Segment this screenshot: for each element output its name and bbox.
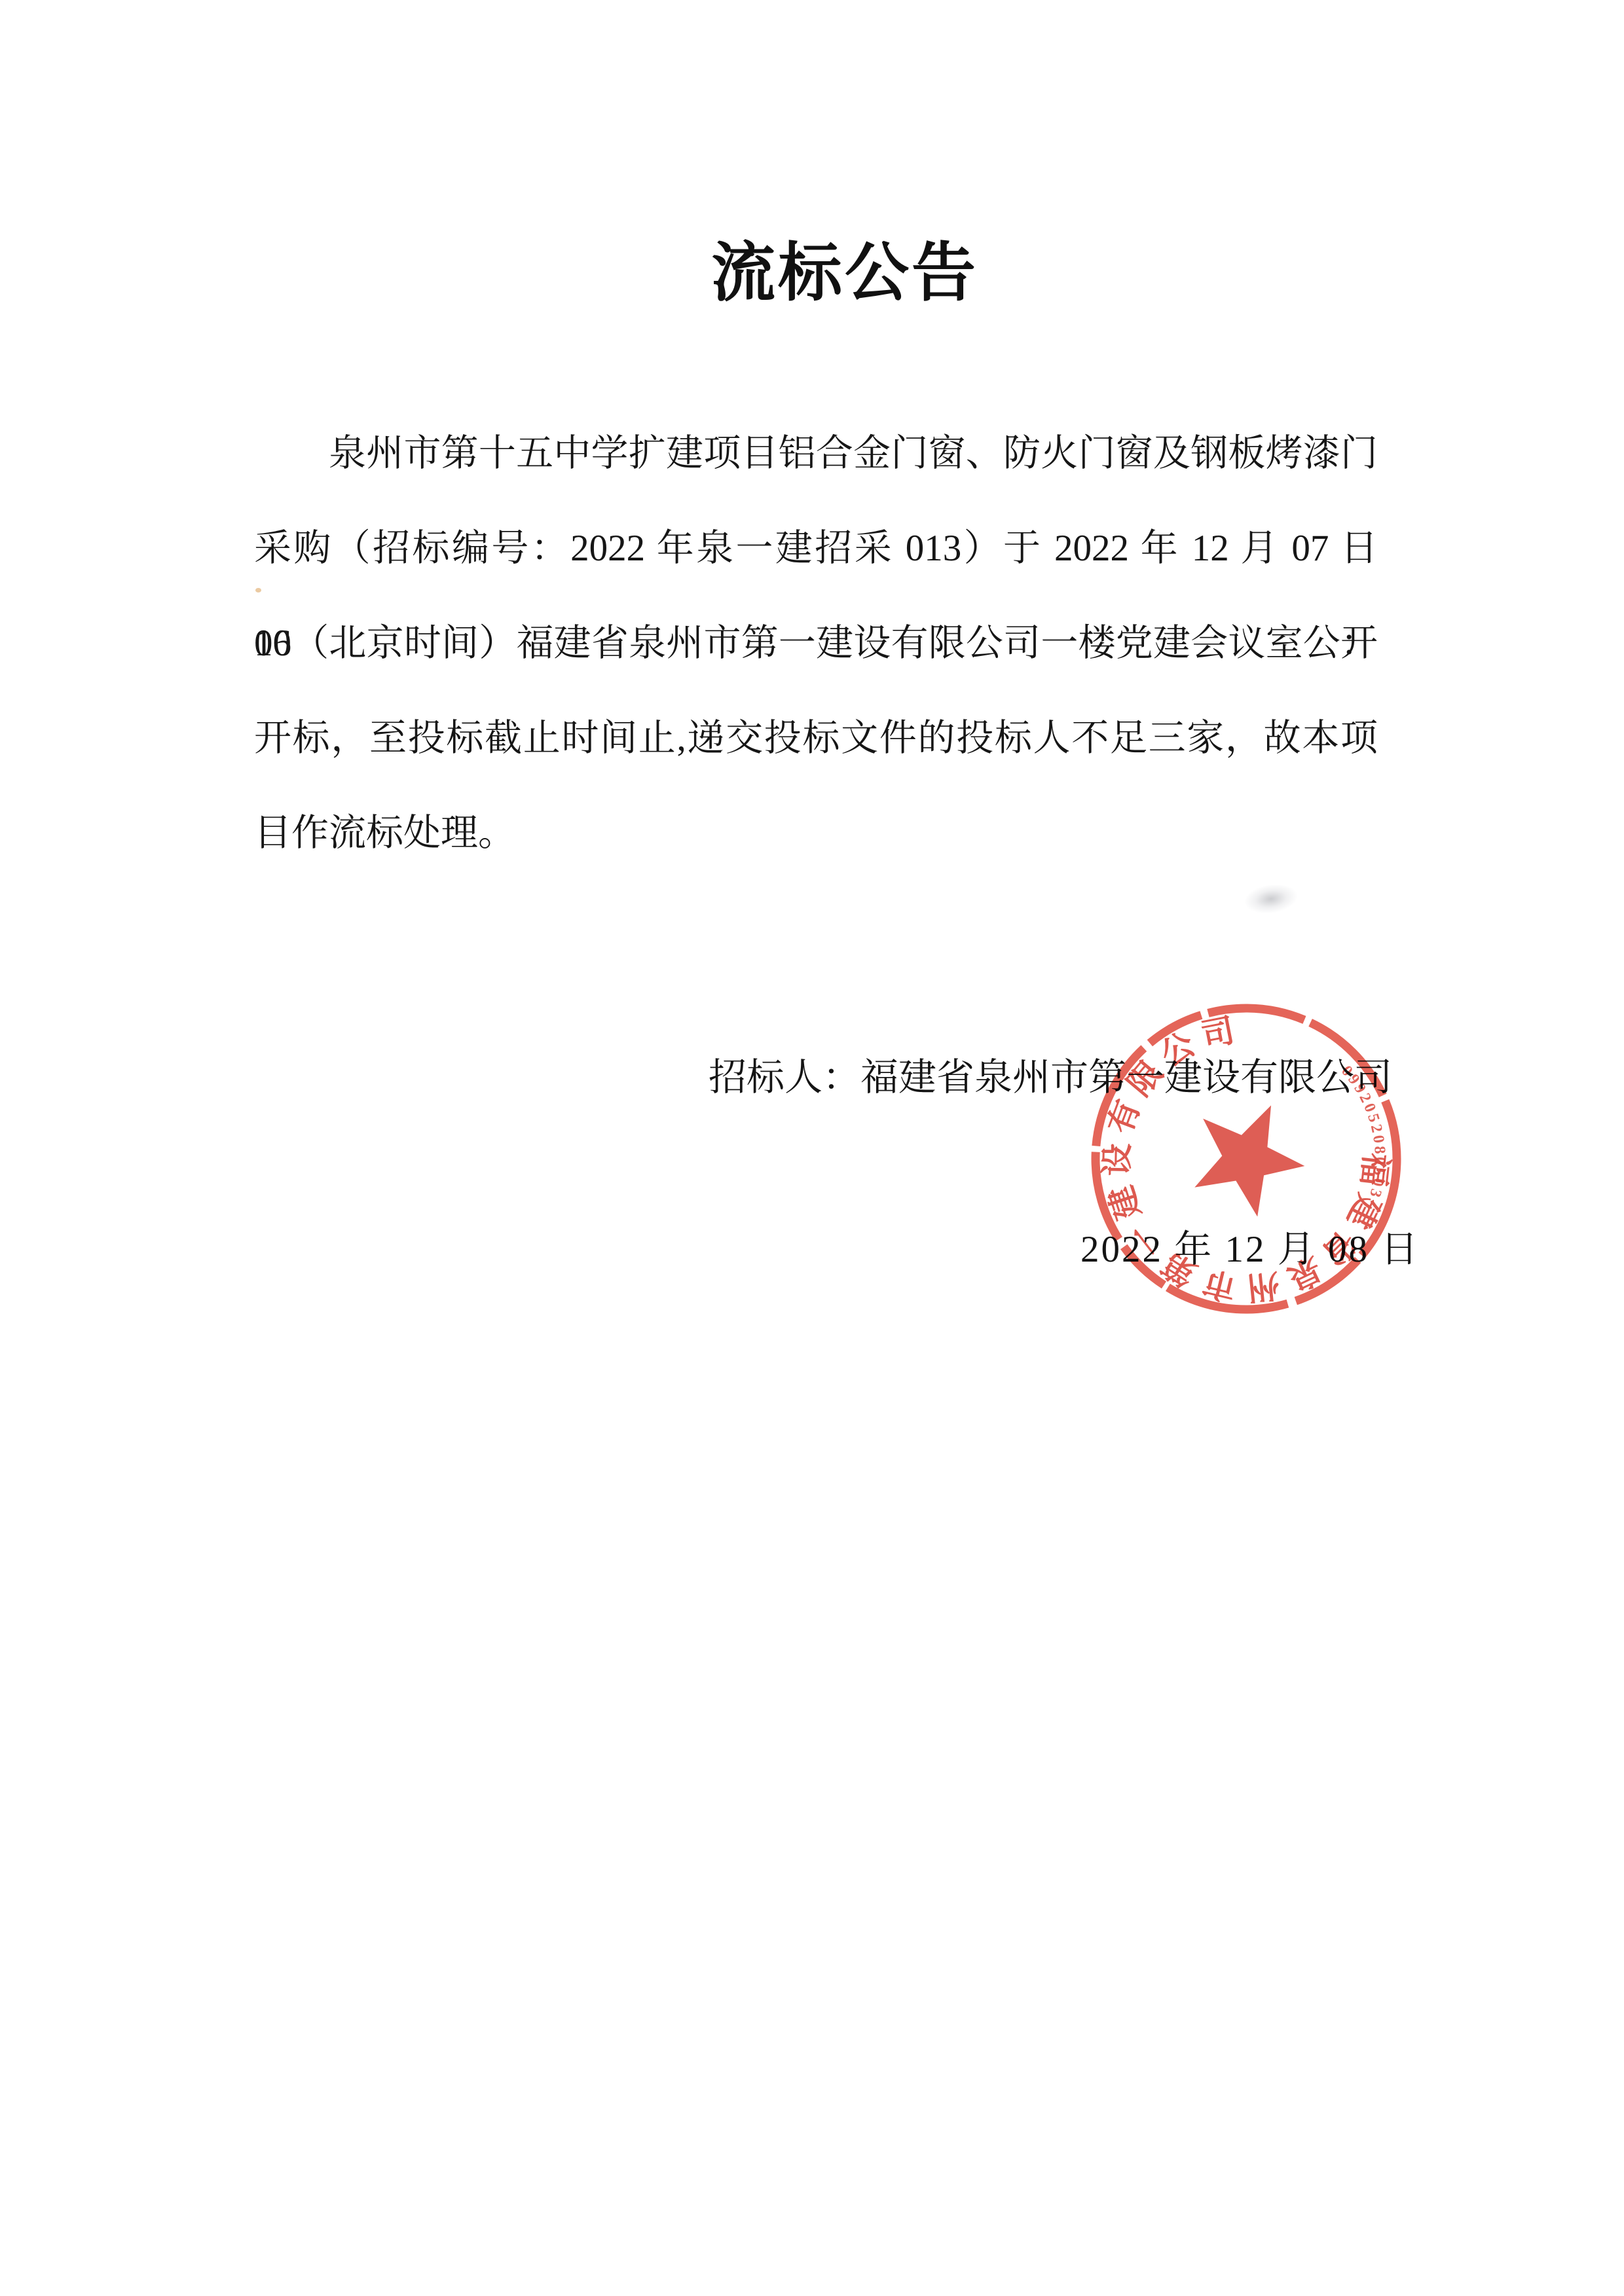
scan-smudge-artifact xyxy=(1241,880,1301,918)
page-title: 流标公告 xyxy=(0,221,1624,314)
seal-star-icon xyxy=(1175,1082,1322,1226)
body-line-2: 采购（招标编号：2022 年泉一建招采 013）于 2022 年 12 月 07… xyxy=(254,501,1378,596)
seal-rotated-content: 福建省泉州市第一建设有限公司 0992052080503 xyxy=(1075,987,1418,1330)
tenderer-label: 招标人： xyxy=(709,1056,860,1099)
document-date: 2022 年 12 月 08 日 xyxy=(1080,1219,1420,1273)
body-line-1: 泉州市第十五中学扩建项目铝合金门窗、防火门窗及钢板烤漆门 xyxy=(254,406,1378,501)
body-line-4: 开标，至投标截止时间止,递交投标文件的投标人不足三家，故本项 xyxy=(254,691,1378,786)
tenderer-company-name: 福建省泉州市第一建设有限公司 xyxy=(860,1056,1392,1099)
seal-company-textpath: 福建省泉州市第一建设有限公司 xyxy=(1075,987,1418,1330)
body-line-3: 00（北京时间）福建省泉州市第一建设有限公司一楼党建会议室公开 xyxy=(254,596,1378,691)
tenderer-signature-line: 招标人：福建省泉州市第一建设有限公司 xyxy=(709,1046,1392,1101)
scan-speck-artifact xyxy=(255,588,261,592)
announcement-body: 泉州市第十五中学扩建项目铝合金门窗、防火门窗及钢板烤漆门 采购（招标编号：202… xyxy=(254,406,1378,881)
body-line-5: 目作流标处理。 xyxy=(254,786,1378,881)
seal-company-arc-text: 福建省泉州市第一建设有限公司 xyxy=(1075,987,1418,1330)
company-seal-stamp: 福建省泉州市第一建设有限公司 0992052080503 xyxy=(1075,987,1418,1330)
scanned-document-page: 流标公告 泉州市第十五中学扩建项目铝合金门窗、防火门窗及钢板烤漆门 采购（招标编… xyxy=(0,0,1624,2296)
